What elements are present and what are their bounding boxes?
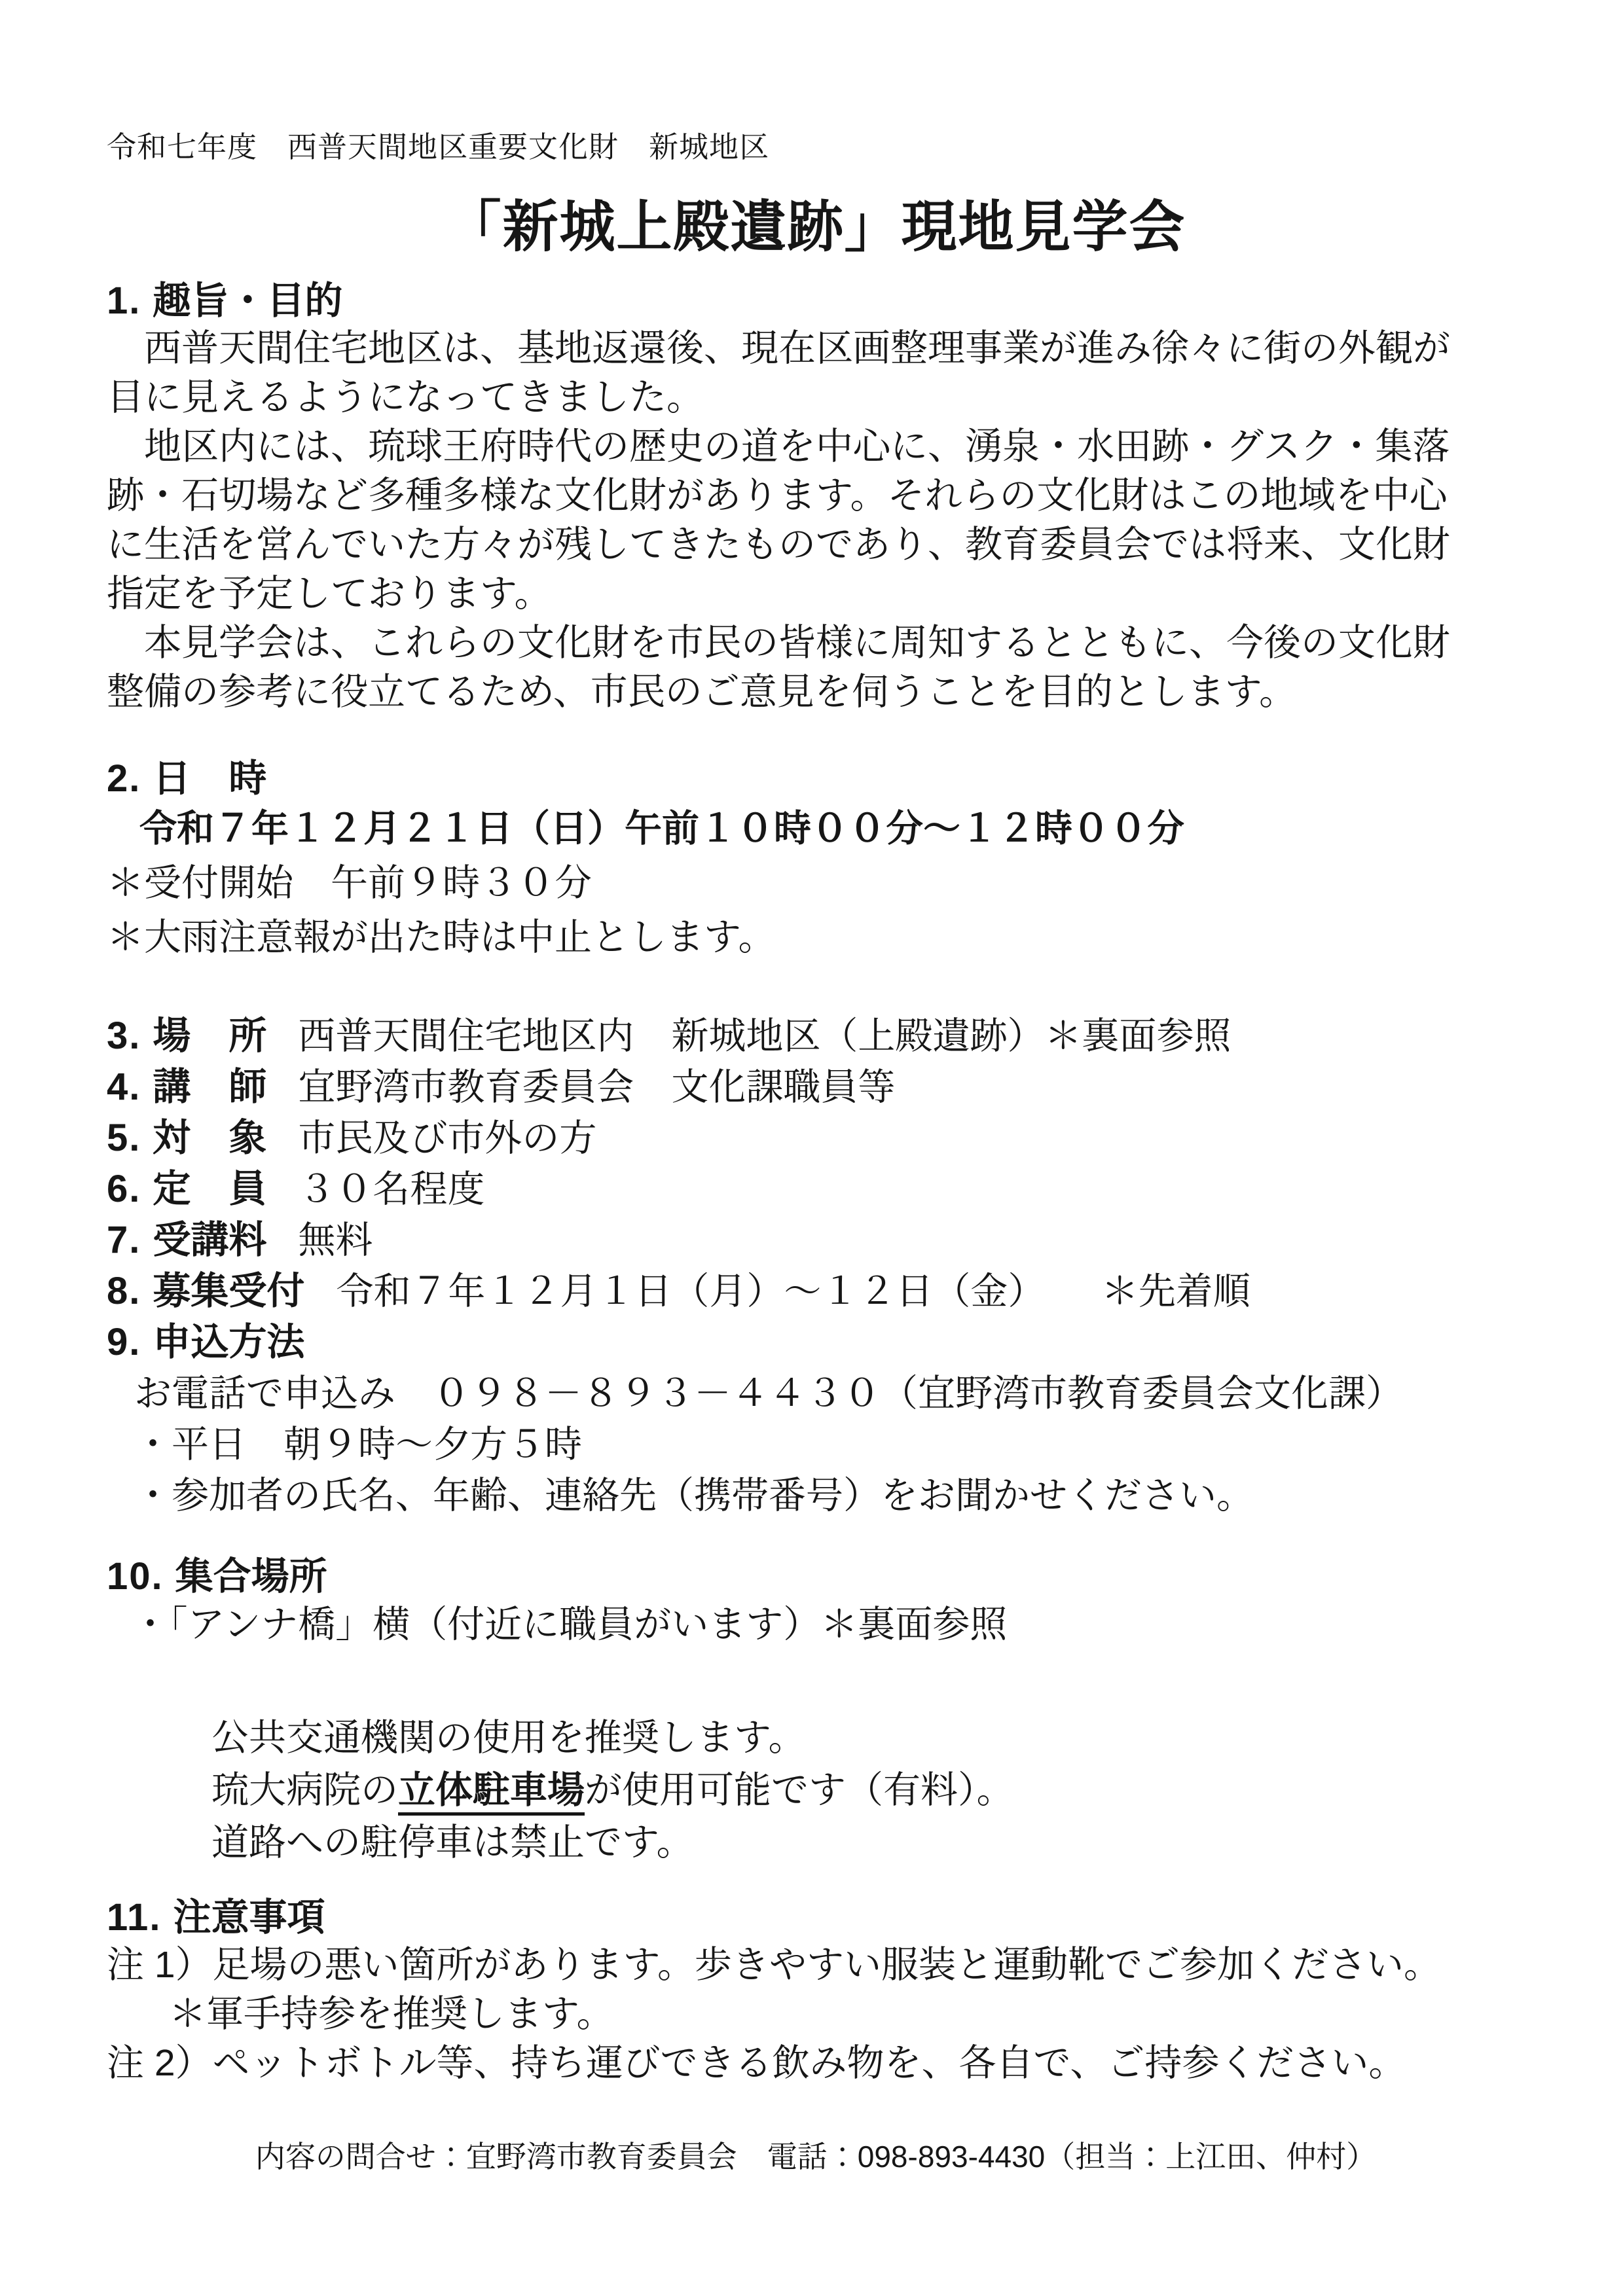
- row-value: 市民及び市外の方: [298, 1117, 596, 1159]
- parking-note-post: が使用可能です（有料）。: [585, 1769, 1014, 1811]
- weekday-hours-bullet: ・平日 朝９時～夕方５時: [107, 1419, 1525, 1470]
- body-line: 跡・石切場など多種多様な文化財があります。それらの文化財はこの地域を中心: [107, 471, 1525, 520]
- section-title: 注意事項: [173, 1896, 325, 1939]
- document-title: 「新城上殿遺跡」現地見学会: [107, 187, 1525, 268]
- reception-note: ＊受付開始 午前９時３０分: [107, 856, 1525, 910]
- parking-note: 琉大病院の立体駐車場が使用可能です（有料）。: [107, 1764, 1525, 1816]
- section-title: 定 員: [153, 1168, 266, 1210]
- row-label: 7.受講料: [107, 1219, 266, 1261]
- section-cautions: 11.注意事項 注 1）足場の悪い箇所があります。歩きやすい服装と運動靴でご参加…: [107, 1895, 1525, 2088]
- row-value: 宜野湾市教育委員会 文化課職員等: [298, 1066, 895, 1108]
- classification-line: 令和七年度 西普天間地区重要文化財 新城地区: [107, 128, 1525, 167]
- section-title: 場 所: [153, 1014, 266, 1057]
- section-number: 5.: [107, 1117, 141, 1159]
- spacer: [107, 1649, 1525, 1712]
- row-value: 無料: [298, 1219, 373, 1261]
- meeting-point-bullet: ・「アンナ橋」横（付近に職員がいます）＊裏面参照: [107, 1600, 1525, 1649]
- body-line: 整備の参考に役立てるため、市民のご意見を伺うことを目的とします。: [107, 668, 1525, 717]
- row-label: 8.募集受付: [107, 1270, 304, 1312]
- caution-note-1-sub: ＊軍手持参を推奨します。: [107, 1990, 1525, 2039]
- section-number: 10.: [107, 1555, 164, 1598]
- section-title: 集合場所: [175, 1555, 327, 1598]
- section-number: 6.: [107, 1168, 141, 1210]
- section-number: 2.: [107, 757, 141, 800]
- section-title: 対 象: [153, 1117, 266, 1159]
- body-line: 地区内には、琉球王府時代の歴史の道を中心に、湧泉・水田跡・グスク・集落: [107, 422, 1525, 471]
- road-parking-prohibited-note: 道路への駐停車は禁止です。: [107, 1816, 1525, 1869]
- row-label: 4.講 師: [107, 1066, 266, 1108]
- section-number: 3.: [107, 1014, 141, 1057]
- section-title: 講 師: [153, 1066, 266, 1108]
- section-title: 日 時: [153, 757, 266, 800]
- body-line: 目に見えるようになってきました。: [107, 373, 1525, 422]
- row-label: 9.申込方法: [107, 1321, 304, 1363]
- flyer-page: 令和七年度 西普天間地区重要文化財 新城地区 「新城上殿遺跡」現地見学会 1.趣…: [0, 0, 1623, 2296]
- row-label: 3.場 所: [107, 1014, 266, 1057]
- body-line: 指定を予定しております。: [107, 569, 1525, 619]
- section-number: 4.: [107, 1066, 141, 1108]
- caution-note-2: 注 2）ペットボトル等、持ち運びできる飲み物を、各自で、ご持参ください。: [107, 2039, 1525, 2088]
- section-datetime-heading: 2.日 時: [107, 756, 1525, 802]
- section-number: 11.: [107, 1896, 161, 1939]
- info-row-lecturer: 4.講 師宜野湾市教育委員会 文化課職員等: [107, 1062, 1525, 1113]
- section-number: 8.: [107, 1270, 141, 1312]
- parking-note-pre: 琉大病院の: [211, 1769, 398, 1811]
- caution-note-1: 注 1）足場の悪い箇所があります。歩きやすい服装と運動靴でご参加ください。: [107, 1941, 1525, 1990]
- parking-emphasis: 立体駐車場: [398, 1769, 585, 1816]
- section-meeting-point: 10.集合場所 ・「アンナ橋」横（付近に職員がいます）＊裏面参照 公共交通機関の…: [107, 1554, 1525, 1869]
- event-datetime: 令和７年１２月２１日（日）午前１０時００分～１２時００分: [107, 802, 1525, 856]
- info-row-capacity: 6.定 員３０名程度: [107, 1164, 1525, 1215]
- row-value: ３０名程度: [298, 1168, 484, 1210]
- section-title: 受講料: [153, 1219, 266, 1261]
- section-details: 3.場 所西普天間住宅地区内 新城地区（上殿遺跡）＊裏面参照 4.講 師宜野湾市…: [107, 1011, 1525, 1521]
- public-transport-note: 公共交通機関の使用を推奨します。: [107, 1712, 1525, 1764]
- row-label: 5.対 象: [107, 1117, 266, 1159]
- info-row-place: 3.場 所西普天間住宅地区内 新城地区（上殿遺跡）＊裏面参照: [107, 1011, 1525, 1062]
- info-row-audience: 5.対 象市民及び市外の方: [107, 1113, 1525, 1164]
- body-line: 西普天間住宅地区は、基地返還後、現在区画整理事業が進み徐々に街の外観が: [107, 324, 1525, 373]
- section-title: 趣旨・目的: [153, 279, 342, 322]
- row-value: 西普天間住宅地区内 新城地区（上殿遺跡）＊裏面参照: [298, 1015, 1231, 1057]
- info-row-how-to-apply: 9.申込方法: [107, 1317, 1525, 1368]
- row-label: 6.定 員: [107, 1168, 266, 1210]
- section-title: 募集受付: [153, 1270, 304, 1312]
- rain-cancel-note: ＊大雨注意報が出た時は中止とします。: [107, 910, 1525, 965]
- info-row-application-period: 8.募集受付令和７年１２月１日（月）～１２日（金） ＊先着順: [107, 1266, 1525, 1317]
- section-number: 1.: [107, 279, 141, 322]
- info-row-fee: 7.受講料無料: [107, 1215, 1525, 1266]
- body-line: 本見学会は、これらの文化財を市民の皆様に周知するとともに、今後の文化財: [107, 619, 1525, 668]
- section-purpose: 1.趣旨・目的 西普天間住宅地区は、基地返還後、現在区画整理事業が進み徐々に街の…: [107, 278, 1525, 717]
- section-cautions-heading: 11.注意事項: [107, 1895, 1525, 1941]
- body-line: に生活を営んでいた方々が残してきたものであり、教育委員会では将来、文化財: [107, 520, 1525, 569]
- section-title: 申込方法: [153, 1321, 304, 1363]
- section-datetime: 2.日 時 令和７年１２月２１日（日）午前１０時００分～１２時００分 ＊受付開始…: [107, 756, 1525, 965]
- phone-application-line: お電話で申込み ０９８－８９３－４４３０（宜野湾市教育委員会文化課）: [107, 1368, 1525, 1419]
- section-number: 9.: [107, 1321, 141, 1363]
- row-value: 令和７年１２月１日（月）～１２日（金） ＊先着順: [336, 1270, 1250, 1312]
- section-meeting-point-heading: 10.集合場所: [107, 1554, 1525, 1600]
- contact-footer: 内容の問合せ：宜野湾市教育委員会 電話：098-893-4430（担当：上江田、…: [107, 2137, 1525, 2176]
- section-purpose-heading: 1.趣旨・目的: [107, 278, 1525, 324]
- applicant-info-bullet: ・参加者の氏名、年齢、連絡先（携帯番号）をお聞かせください。: [107, 1470, 1525, 1521]
- section-number: 7.: [107, 1219, 141, 1261]
